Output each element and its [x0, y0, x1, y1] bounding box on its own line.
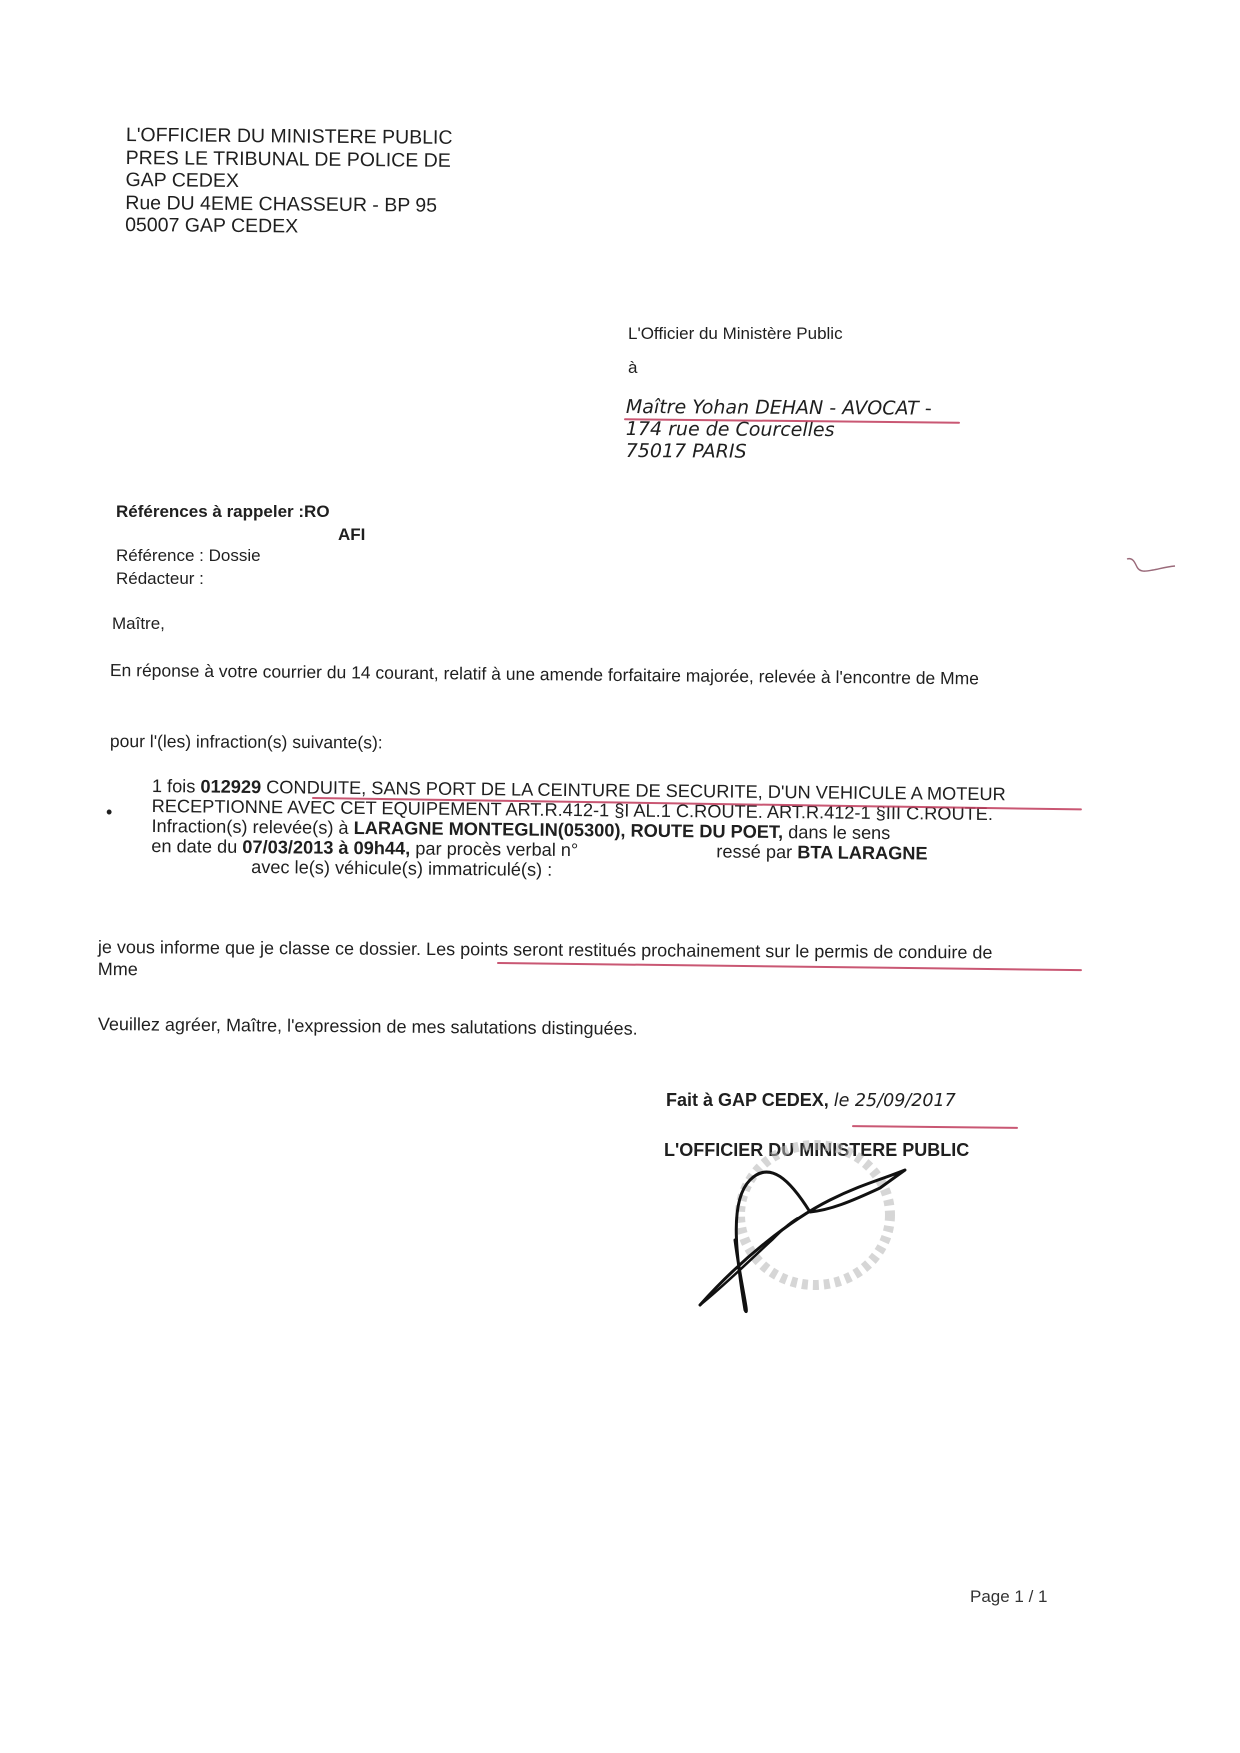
infraction-dressed-by: ressé par	[716, 841, 792, 862]
recall-label: Références à rappeler :	[116, 502, 304, 521]
reference-label: Référence : Dossie	[116, 544, 365, 567]
place-and-date: Fait à GAP CEDEX, le 25/09/2017	[666, 1090, 956, 1111]
recall-value: RO	[304, 502, 330, 521]
sender-line: PRES LE TRIBUNAL DE POLICE DE	[126, 146, 453, 171]
to-word: à	[628, 358, 637, 378]
paragraph-response: En réponse à votre courrier du 14 couran…	[110, 660, 979, 689]
page-number: Page 1 / 1	[970, 1587, 1048, 1607]
recipient-address-block: Maître Yohan DEHAN - AVOCAT - 174 rue de…	[626, 396, 932, 464]
sender-line: Rue DU 4EME CHASSEUR - BP 95	[125, 191, 452, 216]
sender-line: L'OFFICIER DU MINISTERE PUBLIC	[126, 124, 453, 149]
date-underline-annotation	[852, 1125, 1018, 1129]
sender-line: GAP CEDEX	[125, 169, 452, 194]
infraction-location-prefix: Infraction(s) relevée(s) à	[151, 816, 348, 838]
sender-line: 05007 GAP CEDEX	[125, 214, 452, 239]
paragraph-infractions-intro: pour l'(les) infraction(s) suivante(s):	[110, 731, 383, 753]
infraction-direction: dans le sens	[788, 822, 890, 843]
infraction-count: 1 fois	[152, 776, 196, 796]
from-line: L'Officier du Ministère Public	[628, 324, 843, 344]
greeting: Maître,	[112, 614, 165, 634]
bullet-icon: •	[106, 802, 112, 823]
infraction-item: 1 fois 012929 CONDUITE, SANS PORT DE LA …	[151, 776, 1006, 884]
closing-date: le 25/09/2017	[834, 1091, 956, 1111]
sender-address-block: L'OFFICIER DU MINISTERE PUBLIC PRES LE T…	[125, 124, 453, 239]
signature-stamp-icon	[680, 1140, 1020, 1350]
infraction-code: 012929	[200, 776, 261, 797]
recall-value-2: AFI	[338, 525, 365, 544]
infraction-pv: par procès verbal n°	[415, 839, 578, 861]
references-block: Références à rappeler :RO AFI Référence …	[116, 500, 365, 590]
recipient-name: Maître Yohan DEHAN - AVOCAT -	[626, 396, 932, 420]
recipient-city: 75017 PARIS	[626, 440, 932, 464]
redacteur-label: Rédacteur :	[116, 567, 365, 590]
infraction-brigade: BTA LARAGNE	[797, 842, 928, 863]
closing-place: Fait à GAP CEDEX,	[666, 1090, 829, 1110]
infraction-date-prefix: en date du	[151, 836, 237, 857]
paragraph-decision: je vous informe que je classe ce dossier…	[98, 936, 993, 985]
infraction-datetime: 07/03/2013 à 09h44,	[242, 837, 410, 859]
paragraph-salutation: Veuillez agréer, Maître, l'expression de…	[98, 1014, 638, 1040]
margin-mark-icon	[1125, 555, 1185, 580]
